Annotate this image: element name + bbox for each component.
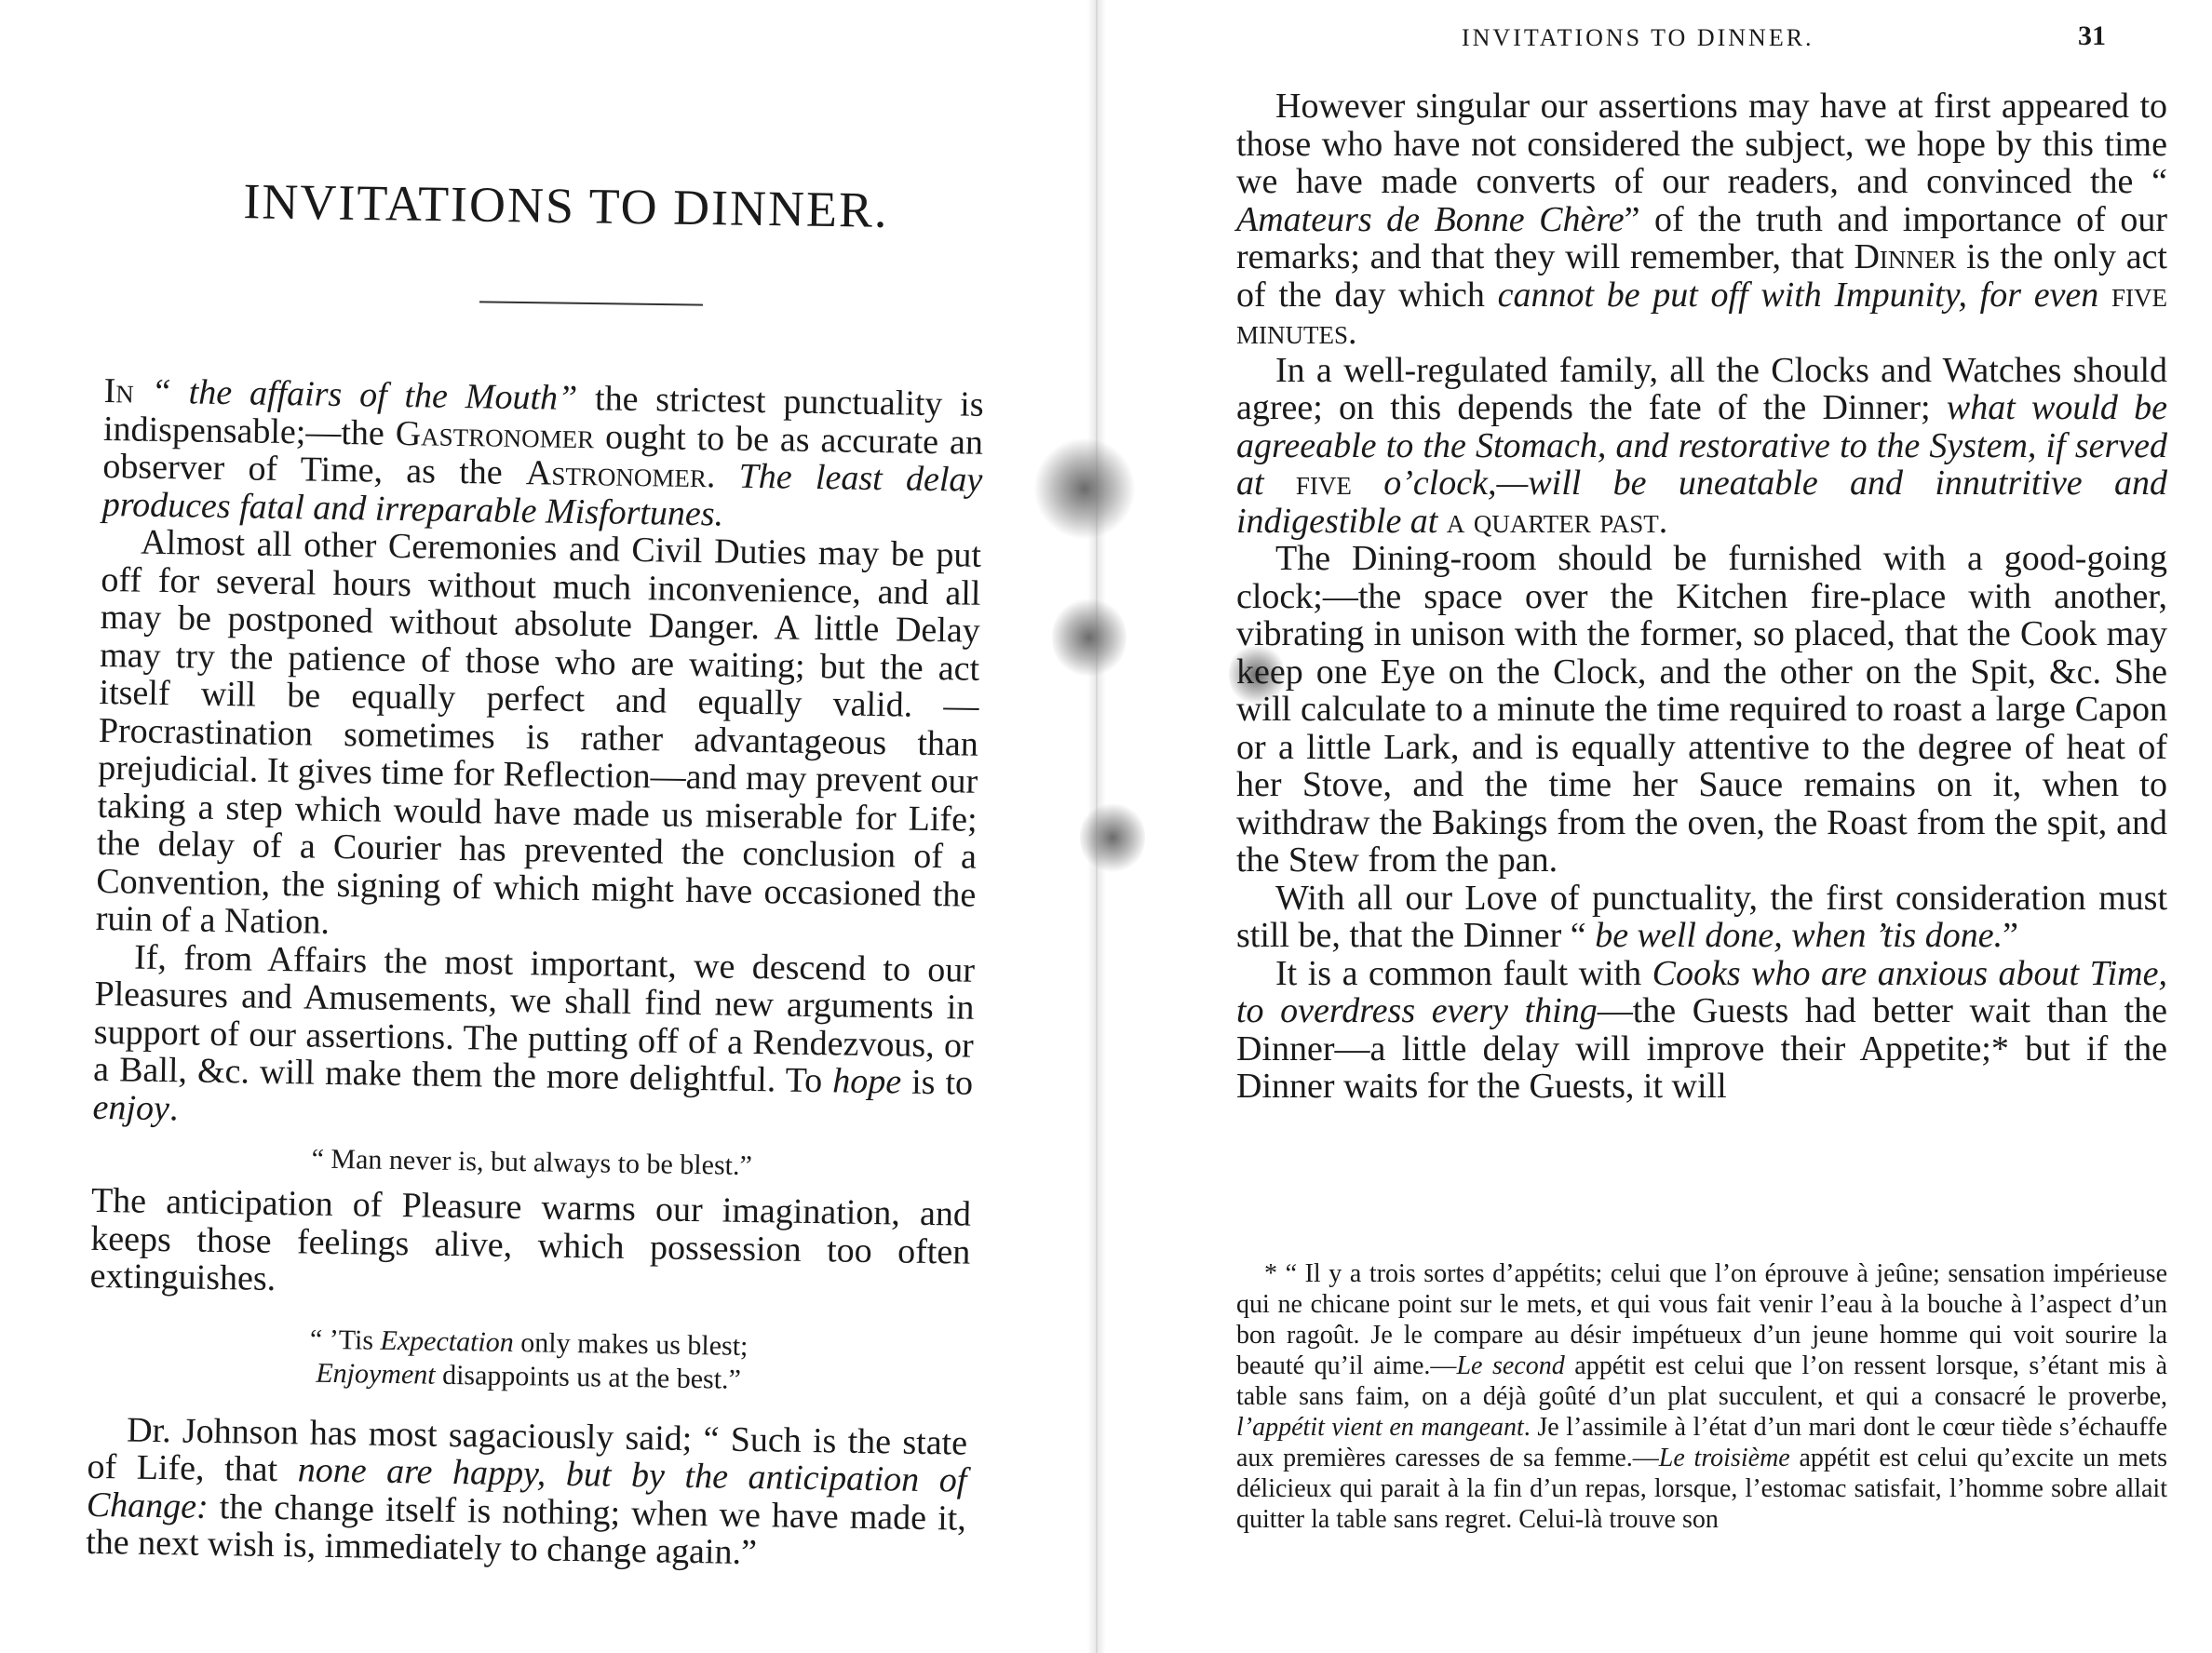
footnote: * “ Il y a trois sortes d’appétits; celu… [1236, 1258, 2167, 1535]
paragraph: If, from Affairs the most important, we … [92, 937, 975, 1139]
paragraph: Dr. Johnson has most sagaciously said; “… [86, 1410, 967, 1575]
title-divider [479, 301, 703, 305]
left-page: INVITATIONS TO DINNER. In “ the affairs … [0, 0, 1089, 1653]
paragraph: In “ the affairs of the Mouth” the stric… [101, 372, 983, 537]
page-number: 31 [2078, 20, 2106, 52]
block-quote: “ Man never is, but always to be blest.” [91, 1139, 971, 1187]
left-page-body: In “ the affairs of the Mouth” the stric… [86, 372, 984, 1575]
right-page: INVITATIONS TO DINNER. 31 However singul… [1099, 0, 2212, 1653]
paragraph: Almost all other Ceremonies and Civil Du… [95, 523, 981, 951]
paragraph: The Dining-room should be furnished with… [1236, 540, 2167, 880]
paragraph: In a well-regulated family, all the Cloc… [1236, 352, 2167, 541]
paragraph: The anticipation of Pleasure warms our i… [89, 1182, 971, 1309]
block-quote: “ ’Tis Expectation only makes us blest; … [88, 1319, 969, 1400]
running-head: INVITATIONS TO DINNER. [1462, 24, 1814, 52]
chapter-title: INVITATIONS TO DINNER. [231, 172, 902, 239]
right-page-body: However singular our assertions may have… [1236, 87, 2167, 1106]
paragraph: With all our Love of punctuality, the fi… [1236, 880, 2167, 955]
paragraph: However singular our assertions may have… [1236, 87, 2167, 352]
paragraph: It is a common fault with Cooks who are … [1236, 955, 2167, 1106]
